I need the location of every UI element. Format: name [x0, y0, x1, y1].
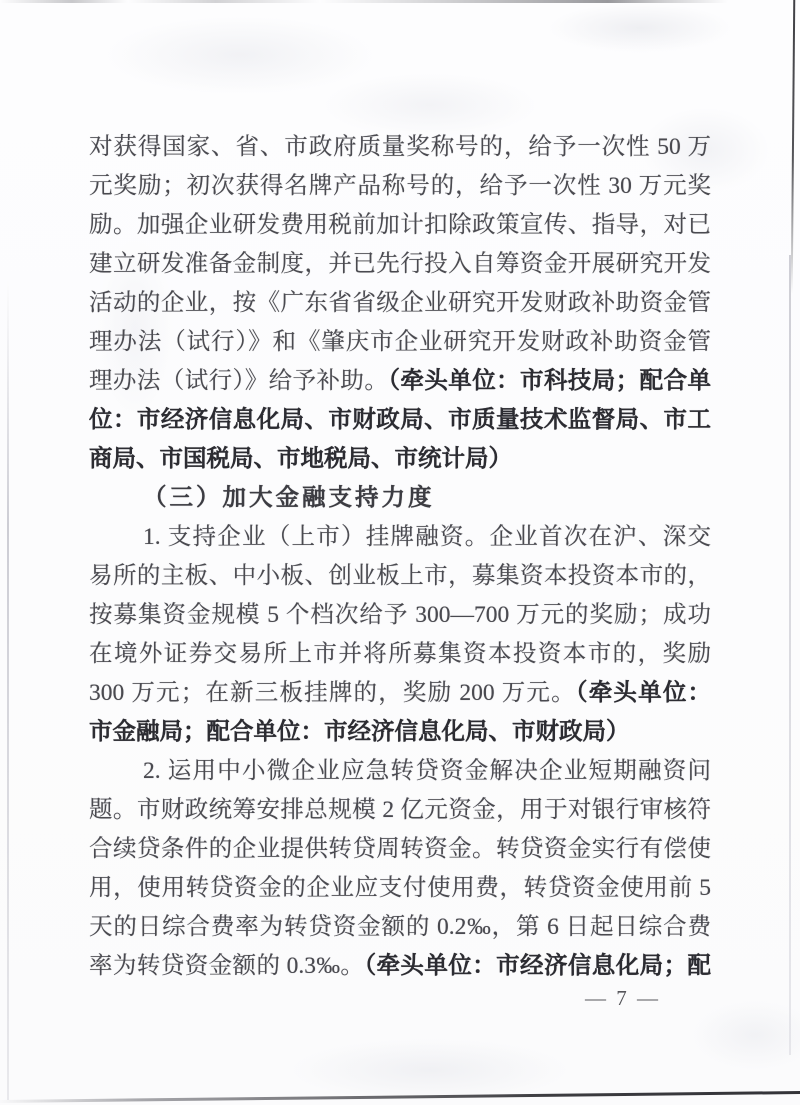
text-line: 合续贷条件的企业提供转贷周转资金。转贷资金实行有偿使 [89, 829, 711, 868]
lead-unit-text: （牵头单位： [576, 679, 711, 705]
document-body: 对获得国家、省、市政府质量奖称号的，给予一次性 50 万 元奖励；初次获得名牌产… [89, 127, 711, 985]
body-text: 2. 运用中小微企业应急转贷资金解决企业短期融资问 [143, 758, 711, 784]
text-line: 活动的企业，按《广东省省级企业研究开发财政补助资金管 [89, 283, 711, 322]
body-text: 励。加强企业研发费用税前加计扣除政策宣传、指导，对已 [89, 212, 711, 238]
text-line: 励。加强企业研发费用税前加计扣除政策宣传、指导，对已 [89, 205, 711, 244]
body-text: 300 万元；在新三板挂牌的，奖励 200 万元。 [89, 680, 576, 706]
text-line: 用，使用转贷资金的企业应支付使用费，转贷资金使用前 5 [89, 868, 711, 907]
body-text: 元奖励；初次获得名牌产品称号的，给予一次性 30 万元奖 [89, 173, 711, 199]
text-line: 理办法（试行）》给予补助。（牵头单位：市科技局；配合单 [89, 361, 711, 400]
lead-unit-text: （牵头单位：市科技局；配合单 [388, 367, 711, 393]
body-text: 用，使用转贷资金的企业应支付使用费，转贷资金使用前 5 [89, 875, 711, 901]
text-line: 题。市财政统筹安排总规模 2 亿元资金，用于对银行审核符 [89, 790, 711, 829]
body-text: 天的日综合费率为转贷资金额的 0.2‰，第 6 日起日综合费 [89, 914, 711, 940]
text-line: 天的日综合费率为转贷资金额的 0.2‰，第 6 日起日综合费 [89, 907, 711, 946]
text-line: 易所的主板、中小板、创业板上市，募集资本投资本市的， [89, 556, 711, 595]
text-line: 市金融局；配合单位：市经济信息化局、市财政局） [89, 712, 711, 751]
lead-unit-text: （牵头单位：市经济信息化局；配 [364, 952, 711, 978]
paragraph-listing-finance: 1. 支持企业（上市）挂牌融资。企业首次在沪、深交 易所的主板、中小板、创业板上… [89, 517, 711, 751]
text-line: 对获得国家、省、市政府质量奖称号的，给予一次性 50 万 [89, 127, 711, 166]
body-text: 题。市财政统筹安排总规模 2 亿元资金，用于对银行审核符 [89, 797, 711, 823]
scan-edge-left [7, 280, 9, 1100]
text-line: 1. 支持企业（上市）挂牌融资。企业首次在沪、深交 [89, 517, 711, 556]
scan-edge-right-light [789, 255, 791, 1055]
section-heading-finance-support: （三）加大金融支持力度 [89, 478, 711, 517]
text-line: 率为转贷资金额的 0.3‰。（牵头单位：市经济信息化局；配 [89, 946, 711, 985]
text-line: 按募集资金规模 5 个档次给予 300—700 万元的奖励；成功 [89, 595, 711, 634]
page-number: — 7 — [585, 986, 658, 1011]
lead-unit-text: 商局、市国税局、市地税局、市统计局） [89, 445, 512, 471]
text-line: 位：市经济信息化局、市财政局、市质量技术监督局、市工 [89, 400, 711, 439]
body-text: 易所的主板、中小板、创业板上市，募集资本投资本市的， [89, 563, 711, 589]
text-line: 商局、市国税局、市地税局、市统计局） [89, 439, 711, 478]
body-text: 理办法（试行）》和《肇庆市企业研究开发财政补助资金管 [89, 329, 711, 355]
body-text: 对获得国家、省、市政府质量奖称号的，给予一次性 50 万 [89, 134, 711, 160]
text-line: 建立研发准备金制度，并已先行投入自筹资金开展研究开发 [89, 244, 711, 283]
scanned-document-page: 对获得国家、省、市政府质量奖称号的，给予一次性 50 万 元奖励；初次获得名牌产… [0, 0, 800, 1105]
body-text: 理办法（试行）》给予补助。 [89, 368, 388, 394]
body-text: 合续贷条件的企业提供转贷周转资金。转贷资金实行有偿使 [89, 836, 711, 862]
scan-edge-bottom [0, 1091, 800, 1103]
text-line: 理办法（试行）》和《肇庆市企业研究开发财政补助资金管 [89, 322, 711, 361]
body-text: 活动的企业，按《广东省省级企业研究开发财政补助资金管 [89, 290, 711, 316]
body-text: 率为转贷资金额的 0.3‰。 [89, 953, 364, 979]
text-line: 300 万元；在新三板挂牌的，奖励 200 万元。（牵头单位： [89, 673, 711, 712]
lead-unit-text: 市金融局；配合单位：市经济信息化局、市财政局） [89, 718, 630, 744]
scan-edge-top [0, 0, 800, 3]
scan-edge-right-dark [791, 0, 796, 294]
body-text: 1. 支持企业（上市）挂牌融资。企业首次在沪、深交 [143, 524, 711, 550]
text-line: 元奖励；初次获得名牌产品称号的，给予一次性 30 万元奖 [89, 166, 711, 205]
body-text: 按募集资金规模 5 个档次给予 300—700 万元的奖励；成功 [89, 602, 711, 628]
text-line: 在境外证券交易所上市并将所募集资本投资本市的，奖励 [89, 634, 711, 673]
body-text: 建立研发准备金制度，并已先行投入自筹资金开展研究开发 [89, 251, 711, 277]
paragraph-quality-award: 对获得国家、省、市政府质量奖称号的，给予一次性 50 万 元奖励；初次获得名牌产… [89, 127, 711, 478]
text-line: 2. 运用中小微企业应急转贷资金解决企业短期融资问 [89, 751, 711, 790]
body-text: 在境外证券交易所上市并将所募集资本投资本市的，奖励 [89, 641, 711, 667]
heading-text: （三）加大金融支持力度 [143, 485, 435, 511]
lead-unit-text: 位：市经济信息化局、市财政局、市质量技术监督局、市工 [89, 406, 711, 432]
paragraph-bridge-loan: 2. 运用中小微企业应急转贷资金解决企业短期融资问 题。市财政统筹安排总规模 2… [89, 751, 711, 985]
